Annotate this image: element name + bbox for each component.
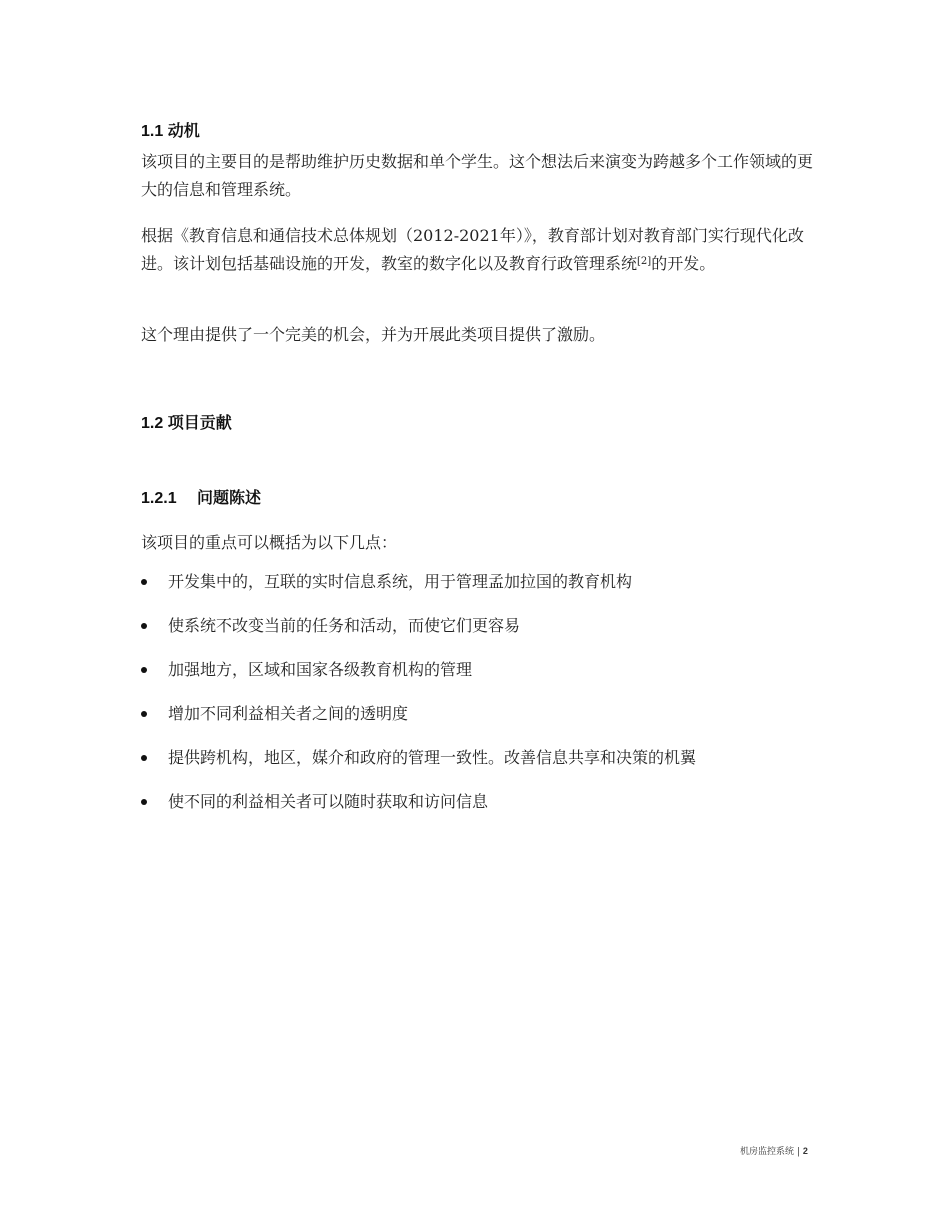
bullet-icon — [141, 755, 147, 761]
paragraph-motivation-1: 该项目的主要目的是帮助维护历史数据和单个学生。这个想法后来演变为跨越多个工作领域… — [141, 148, 821, 204]
paragraph-text: 的开发。 — [651, 254, 715, 273]
list-item: 开发集中的，互联的实时信息系统，用于管理孟加拉国的教育机构 — [141, 568, 696, 612]
page-number: 2 — [803, 1146, 808, 1156]
bullet-icon — [141, 799, 147, 805]
list-item-text: 提供跨机构，地区，媒介和政府的管理一致性。改善信息共享和决策的机翼 — [168, 748, 696, 767]
footer-separator: | — [797, 1147, 800, 1157]
list-item-text: 使系统不改变当前的任务和活动，而使它们更容易 — [168, 616, 520, 635]
subsection-title: 问题陈述 — [197, 490, 261, 507]
section-heading-1-1: 1.1 动机 — [141, 118, 200, 141]
list-item-text: 增加不同利益相关者之间的透明度 — [168, 704, 408, 723]
list-item: 增加不同利益相关者之间的透明度 — [141, 700, 696, 744]
list-item: 使不同的利益相关者可以随时获取和访问信息 — [141, 788, 696, 832]
page-footer: 机房监控系统 | 2 — [740, 1144, 808, 1157]
list-item-text: 使不同的利益相关者可以随时获取和访问信息 — [168, 792, 488, 811]
list-item: 使系统不改变当前的任务和活动，而使它们更容易 — [141, 612, 696, 656]
bullet-icon — [141, 579, 147, 585]
citation-reference[interactable]: [2] — [637, 256, 651, 267]
list-item-text: 开发集中的，互联的实时信息系统，用于管理孟加拉国的教育机构 — [168, 572, 632, 591]
bullet-icon — [141, 711, 147, 717]
bullet-intro: 该项目的重点可以概括为以下几点： — [141, 529, 821, 557]
paragraph-motivation-2: 根据《教育信息和通信技术总体规划（2012-2021年）》，教育部计划对教育部门… — [141, 222, 821, 278]
list-item: 提供跨机构，地区，媒介和政府的管理一致性。改善信息共享和决策的机翼 — [141, 744, 696, 788]
bullet-icon — [141, 623, 147, 629]
paragraph-motivation-3: 这个理由提供了一个完美的机会，并为开展此类项目提供了激励。 — [141, 321, 821, 349]
bullet-icon — [141, 667, 147, 673]
list-item: 加强地方，区域和国家各级教育机构的管理 — [141, 656, 696, 700]
subsection-heading-1-2-1: 1.2.1问题陈述 — [141, 485, 261, 508]
footer-title: 机房监控系统 — [740, 1147, 794, 1157]
document-page: 1.1 动机 该项目的主要目的是帮助维护历史数据和单个学生。这个想法后来演变为跨… — [0, 0, 952, 1232]
section-heading-1-2: 1.2 项目贡献 — [141, 410, 232, 433]
subsection-number: 1.2.1 — [141, 490, 197, 508]
list-item-text: 加强地方，区域和国家各级教育机构的管理 — [168, 660, 472, 679]
bullet-list: 开发集中的，互联的实时信息系统，用于管理孟加拉国的教育机构 使系统不改变当前的任… — [141, 568, 696, 832]
